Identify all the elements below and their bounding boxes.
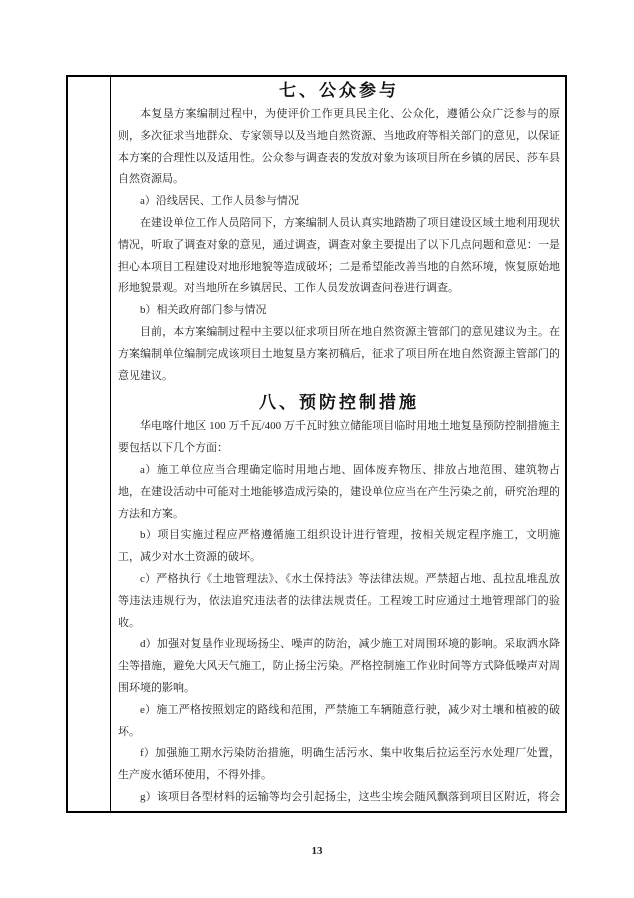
section-8-item-a: a）施工单位应当合理确定临时用地占地、固体废弃物压、排放占地范围、建筑物占地，在… — [118, 460, 560, 525]
section-7-item-b: b）相关政府部门参与情况 — [118, 300, 560, 322]
section-7-paragraph-2: 在建设单位工作人员陪同下，方案编制人员认真实地踏勘了项目建设区域土地利用现状情况… — [118, 213, 560, 300]
section-7-item-a: a）沿线居民、工作人员参与情况 — [118, 191, 560, 213]
section-7-paragraph-1: 本复垦方案编制过程中，为使评价工作更具民主化、公众化，遵循公众广泛参与的原则，多… — [118, 104, 560, 191]
section-8-item-g: g）该项目各型材料的运输等均会引起扬尘，这些尘埃会随风飘落到项目区附近，将会对当… — [118, 787, 560, 811]
section-8-item-c: c）严格执行《土地管理法》、《水土保持法》等法律法规。严禁超占地、乱拉乱堆乱放等… — [118, 569, 560, 634]
table-content-cell: 七、公众参与 本复垦方案编制过程中，为使评价工作更具民主化、公众化，遵循公众广泛… — [111, 77, 565, 811]
section-8-item-f: f）加强施工期水污染防治措施，明确生活污水、集中收集后拉运至污水处理厂处置，生产… — [118, 743, 560, 787]
section-8-item-e: e）施工严格按照划定的路线和范围，严禁施工车辆随意行驶，减少对土壤和植被的破坏。 — [118, 700, 560, 744]
section-7-paragraph-3: 目前，本方案编制过程中主要以征求项目所在地自然资源主管部门的意见建议为主。在方案… — [118, 322, 560, 387]
content-table: 七、公众参与 本复垦方案编制过程中，为使评价工作更具民主化、公众化，遵循公众广泛… — [66, 75, 567, 813]
section-8-item-b: b）项目实施过程应严格遵循施工组织设计进行管理，按相关规定程序施工，文明施工，减… — [118, 525, 560, 569]
table-stub-column — [68, 77, 111, 811]
page-number: 13 — [0, 845, 634, 857]
document-page: 七、公众参与 本复垦方案编制过程中，为使评价工作更具民主化、公众化，遵循公众广泛… — [0, 0, 634, 898]
section-8-intro: 华电喀什地区 100 万千瓦/400 万千瓦时独立储能项目临时用地土地复垦预防控… — [118, 416, 560, 460]
section-8-title: 八、预防控制措施 — [118, 389, 560, 416]
section-7-title: 七、公众参与 — [118, 78, 560, 104]
section-8-item-d: d）加强对复垦作业现场扬尘、噪声的防治，减少施工对周围环境的影响。采取洒水降尘等… — [118, 634, 560, 699]
